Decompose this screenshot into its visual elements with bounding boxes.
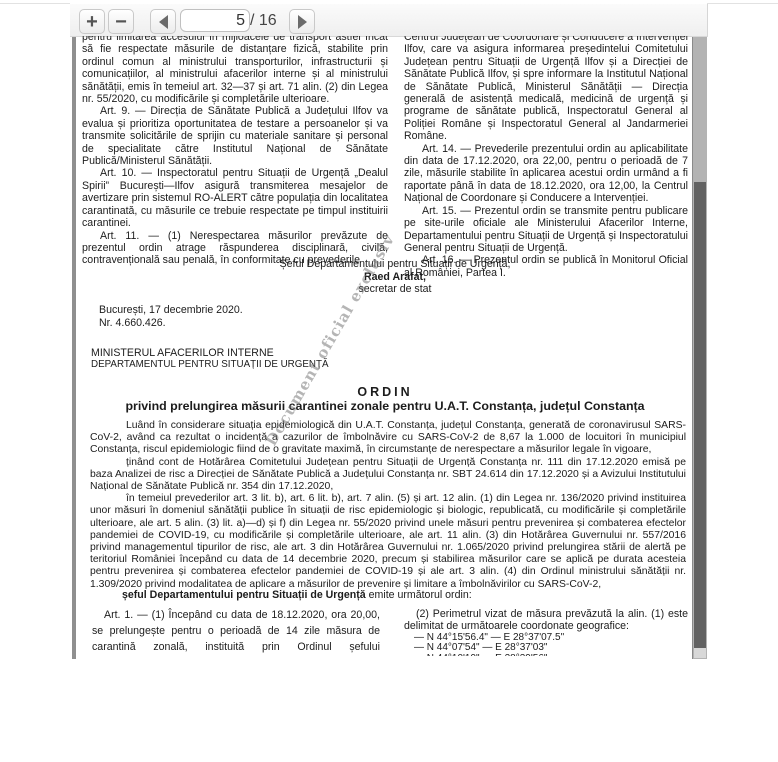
- place: București, 17 decembrie 2020.: [99, 304, 243, 317]
- signatory-name: Raed Arafat,: [364, 271, 426, 283]
- article-10: Art. 10. — Inspectoratul pentru Situații…: [82, 167, 388, 229]
- article-1-para-2: (2) Perimetrul vizat de măsura prevăzută…: [404, 608, 688, 633]
- emit-rest: emite următorul ordin:: [366, 589, 472, 601]
- issuer-block: MINISTERUL AFACERILOR INTERNE DEPARTAMEN…: [91, 347, 329, 371]
- preamble-paragraph: în temeiul prevederilor art. 3 lit. b), …: [90, 493, 686, 591]
- signature-block: Șeful Departamentului pentru Situații de…: [270, 258, 520, 296]
- article-9: Art. 9. — Direcția de Sănătate Publică a…: [82, 105, 388, 167]
- page-left-edge: [72, 37, 76, 659]
- emit-line: șeful Departamentului pentru Situații de…: [122, 589, 472, 601]
- pdf-toolbar: + − / 16: [70, 4, 708, 37]
- preamble-paragraph: Luând în considerare situația epidemiolo…: [90, 420, 686, 457]
- right-column: Centrul Județean de Coordonare și Conduc…: [404, 36, 688, 279]
- place-date: București, 17 decembrie 2020. Nr. 4.660.…: [99, 304, 243, 329]
- signatory-role: Șeful Departamentului pentru Situații de…: [270, 258, 520, 271]
- article-1-continued: (2) Perimetrul vizat de măsura prevăzută…: [404, 608, 688, 656]
- signatory-title: secretar de stat: [270, 283, 520, 296]
- article-14: Art. 14. — Prevederile prezentului ordin…: [404, 143, 688, 205]
- zoom-in-button[interactable]: +: [79, 9, 105, 34]
- previous-page-button[interactable]: [150, 9, 176, 34]
- plus-icon: +: [86, 12, 98, 32]
- article-1: Art. 1. — (1) Începând cu data de 18.12.…: [92, 608, 380, 656]
- minus-icon: −: [115, 12, 127, 32]
- department-name: DEPARTAMENTUL PENTRU SITUAȚII DE URGENȚĂ: [91, 359, 329, 371]
- paragraph: pentru limitarea accesului în mijloacele…: [82, 36, 388, 105]
- order-number: Nr. 4.660.426.: [99, 317, 243, 330]
- paragraph: Centrul Județean de Coordonare și Conduc…: [404, 36, 688, 143]
- triangle-left-icon: [159, 15, 168, 29]
- scrollbar-thumb[interactable]: [694, 182, 706, 648]
- page-total: / 16: [250, 12, 277, 30]
- document-title: ORDIN: [82, 386, 688, 398]
- next-page-button[interactable]: [289, 9, 315, 34]
- preamble-paragraph: ținând cont de Hotărârea Comitetului Jud…: [90, 457, 686, 494]
- triangle-right-icon: [298, 15, 307, 29]
- article-1-para-1: Art. 1. — (1) Începând cu data de 18.12.…: [92, 608, 380, 656]
- scrollbar-end: [694, 648, 706, 658]
- left-column: pentru limitarea accesului în mijloacele…: [82, 36, 388, 267]
- page-number-input[interactable]: [180, 9, 250, 32]
- emit-subject: șeful Departamentului pentru Situații de…: [122, 589, 366, 601]
- zoom-out-button[interactable]: −: [108, 9, 134, 34]
- document-page: pentru limitarea accesului în mijloacele…: [82, 36, 688, 656]
- preamble: Luând în considerare situația epidemiolo…: [90, 420, 686, 591]
- coordinate: — N 44°10'19" — E 28°39'56": [404, 654, 688, 656]
- ministry-name: MINISTERUL AFACERILOR INTERNE: [91, 347, 329, 359]
- article-15: Art. 15. — Prezentul ordin se transmite …: [404, 205, 688, 255]
- document-subtitle: privind prelungirea măsurii carantinei z…: [82, 400, 688, 412]
